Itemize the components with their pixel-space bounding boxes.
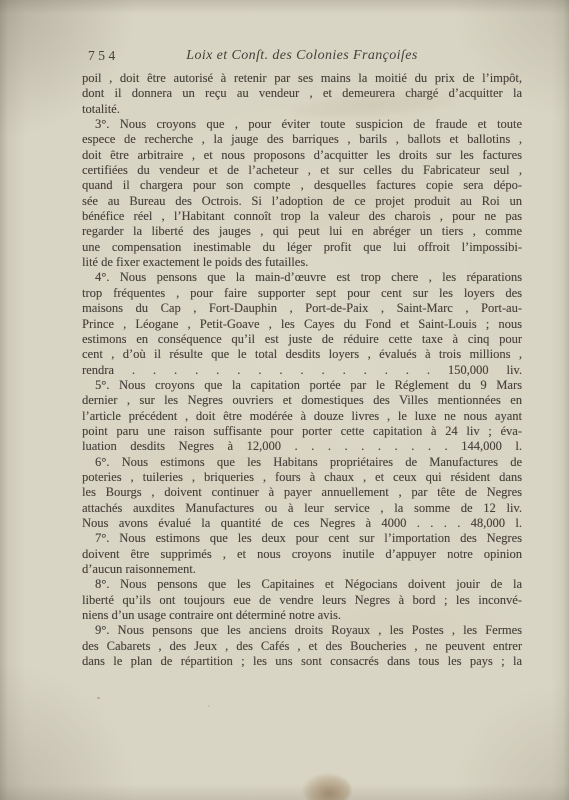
- text-line: trop fréquentes , pour faire supporter s…: [82, 286, 522, 301]
- text-line: 5°. Nous croyons que la capitation porté…: [82, 378, 522, 393]
- text-line: doit être arbitraire , et nous proposons…: [82, 148, 522, 163]
- running-head: 754 Loix et Conſt. des Colonies Françoiſ…: [82, 48, 522, 66]
- text-line: maisons du Cap , Fort-Dauphin , Port-de-…: [82, 301, 522, 316]
- text-line: Prince , Léogane , Petit-Goave , les Cay…: [82, 317, 522, 332]
- text-line: point paru une raison suffisante pour po…: [82, 424, 522, 439]
- text-line: luation desdits Negres à 12,000 . . . . …: [82, 439, 522, 454]
- text-line: sée au Bureau des Octrois. Si l’adoption…: [82, 194, 522, 209]
- text-line: quand il chargera pour son compte , desq…: [82, 178, 522, 193]
- text-line: 9°. Nous pensons que les anciens droits …: [82, 623, 522, 638]
- text-line: d’aucun raisonnement.: [82, 562, 522, 577]
- text-line: une compensation inestimable du léger pr…: [82, 240, 522, 255]
- text-line: attachés auxdites Manufactures ou à leur…: [82, 501, 522, 516]
- text-line: estimons en conséquence qu’il est juste …: [82, 332, 522, 347]
- text-line: doivent être supprimés , et nous croyons…: [82, 547, 522, 562]
- page-body: poil , doit être autorisé à retenir par …: [82, 71, 522, 669]
- text-line: liberté qu’ils ont toujours eue de vendr…: [82, 593, 522, 608]
- text-line: certifiées du vendeur et de l’acheteur ,…: [82, 163, 522, 178]
- text-line: cent , d’où il résulte que le total desd…: [82, 347, 522, 362]
- text-line: poteries , tuileries , briqueries , four…: [82, 470, 522, 485]
- text-line: les Bourgs , doivent continuer à payer a…: [82, 485, 522, 500]
- text-line: 6°. Nous estimons que les Habitans propr…: [82, 455, 522, 470]
- text-line: 3°. Nous croyons que , pour éviter toute…: [82, 117, 522, 132]
- text-line: 7°. Nous estimons que les deux pour cent…: [82, 531, 522, 546]
- ink-stain: [303, 774, 351, 800]
- text-line: poil , doit être autorisé à retenir par …: [82, 71, 522, 86]
- text-line: rendra . . . . . . . . . . . . . . . 150…: [82, 363, 522, 378]
- text-line: bénéfice réel , l’Habitant connoît trop …: [82, 209, 522, 224]
- text-line: l’article précédent , doit être modérée …: [82, 409, 522, 424]
- text-line: des Cabarets , des Jeux , des Cafés , et…: [82, 639, 522, 654]
- text-line: dans le plan de répartition ; les uns so…: [82, 654, 522, 669]
- text-line: 4°. Nous pensons que la main-d’œuvre est…: [82, 270, 522, 285]
- text-line: niens d’un usage contraire ont déterminé…: [82, 608, 522, 623]
- text-line: dernier , sur les Negres ouvriers et dom…: [82, 393, 522, 408]
- page-number: 754: [88, 48, 119, 64]
- text-line: regarder la liberté des jauges , qui peu…: [82, 224, 522, 239]
- paper-speck: [97, 697, 100, 699]
- paper-speck: [455, 140, 457, 142]
- book-page-scan: 754 Loix et Conſt. des Colonies Françoiſ…: [0, 0, 569, 800]
- text-line: lité de fixer exactement le poids des fu…: [82, 255, 522, 270]
- text-line: 8°. Nous pensons que les Capitaines et N…: [82, 577, 522, 592]
- paper-speck: [208, 705, 210, 707]
- running-title: Loix et Conſt. des Colonies Françoiſes: [186, 48, 417, 63]
- text-line: Nous avons évalué la quantité de ces Neg…: [82, 516, 522, 531]
